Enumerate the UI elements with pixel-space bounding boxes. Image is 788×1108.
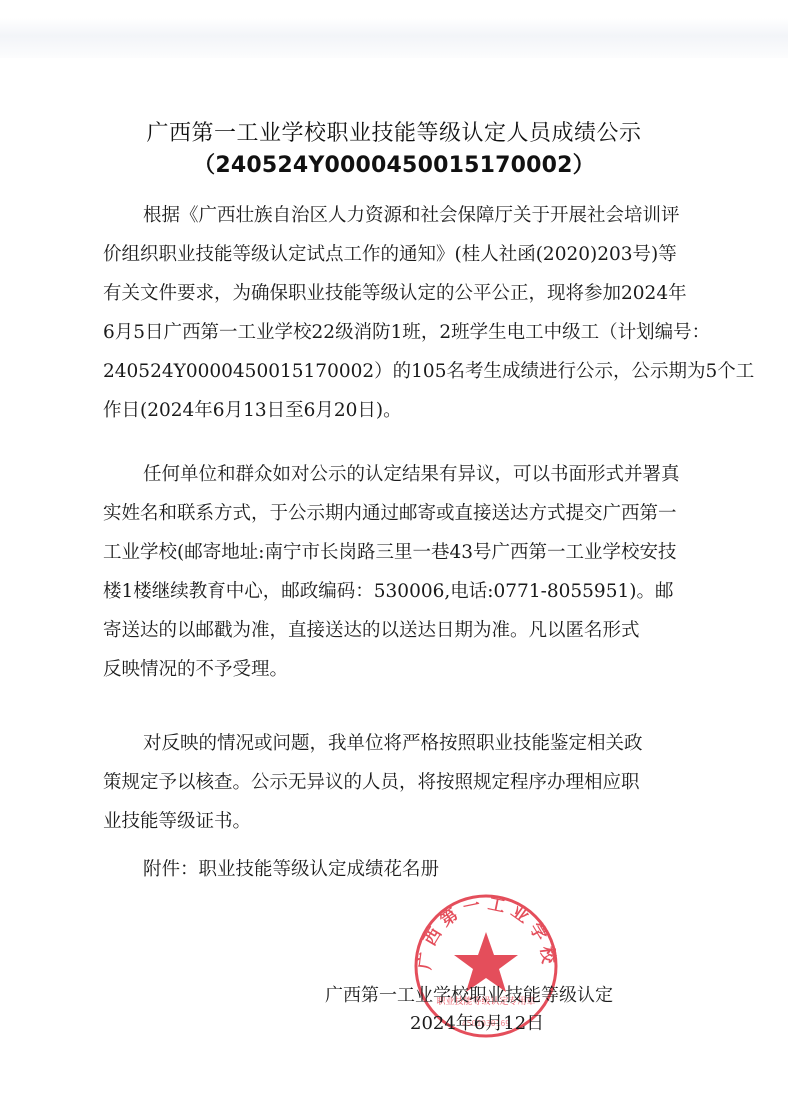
text-line: 6月5日广西第一工业学校22级消防1班，2班学生电工中级工（计划编号：: [103, 313, 693, 352]
text-line: 业技能等级证书。: [103, 802, 693, 841]
text-line: 价组织职业技能等级认定试点工作的通知》(桂人社函(2020)203号)等: [103, 235, 693, 274]
paragraph-objections: 任何单位和群众如对公示的认定结果有异议，可以书面形式并署真 实姓名和联系方式，于…: [103, 455, 693, 689]
paragraph-verification: 对反映的情况或问题，我单位将严格按照职业技能鉴定相关政 策规定予以核查。公示无异…: [103, 724, 693, 841]
text-line: 工业学校(邮寄地址:南宁市长岗路三里一巷43号广西第一工业学校安技: [103, 533, 693, 572]
paragraph-basis: 根据《广西壮族自治区人力资源和社会保障厅关于开展社会培训评 价组织职业技能等级认…: [103, 196, 693, 430]
scan-background-noise: [0, 18, 788, 58]
text-line: 楼1楼继续教育中心，邮政编码：530006,电话:0771-8055951)。邮: [103, 572, 693, 611]
text-line: 反映情况的不予受理。: [103, 650, 693, 689]
text-line: 寄送达的以邮戳为准，直接送达的以送达日期为准。凡以匿名形式: [103, 611, 693, 650]
text-line: 有关文件要求，为确保职业技能等级认定的公平公正，现将参加2024年: [103, 274, 693, 313]
document-plan-number: （240524Y0000450015170002）: [0, 148, 788, 179]
issue-date: 2024年6月12日: [410, 1009, 544, 1035]
text-line: 作日(2024年6月13日至6月20日)。: [103, 391, 693, 430]
text-line: 任何单位和群众如对公示的认定结果有异议，可以书面形式并署真: [103, 455, 693, 494]
attachment-note: 附件：职业技能等级认定成绩花名册: [143, 855, 439, 881]
text-line: 对反映的情况或问题，我单位将严格按照职业技能鉴定相关政: [103, 724, 693, 763]
text-line: 策规定予以核查。公示无异议的人员，将按照规定程序办理相应职: [103, 763, 693, 802]
document-title: 广西第一工业学校职业技能等级认定人员成绩公示: [0, 116, 788, 147]
text-line: 240524Y0000450015170002）的105名考生成绩进行公示，公示…: [103, 352, 693, 391]
text-line: 实姓名和联系方式，于公示期内通过邮寄或直接送达方式提交广西第一: [103, 494, 693, 533]
issuer-signature: 广西第一工业学校职业技能等级认定: [325, 981, 613, 1007]
text-line: 根据《广西壮族自治区人力资源和社会保障厅关于开展社会培训评: [103, 196, 693, 235]
